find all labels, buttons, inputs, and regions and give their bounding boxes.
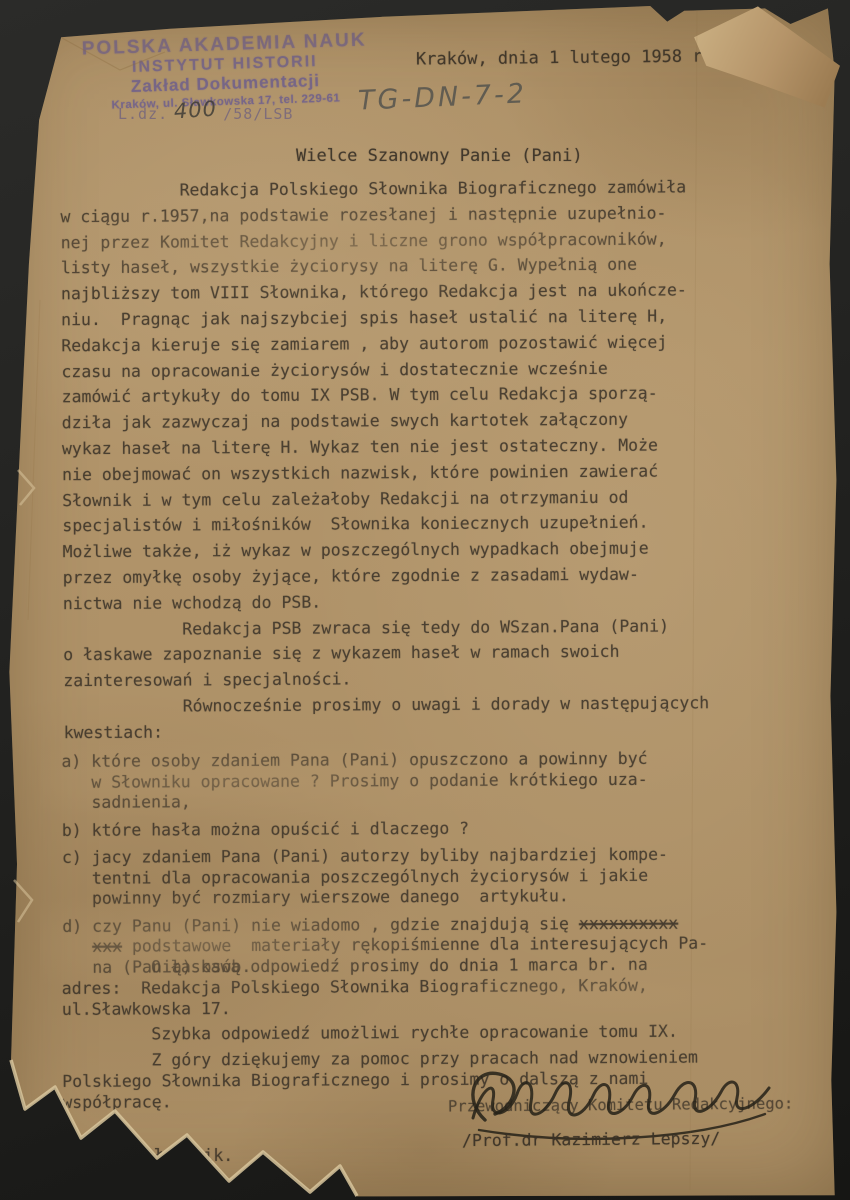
signature-name-line: /Prof.dr Kazimierz Lepszy/ xyxy=(462,1129,720,1150)
letter-body-main: Redakcja Polskiego Słownika Biograficzne… xyxy=(60,174,779,746)
typed-paragraph: Redakcja Polskiego Słownika Biograficzne… xyxy=(60,174,779,617)
typed-paragraph: a) które osoby zdaniem Pana (Pani) opusz… xyxy=(61,748,787,813)
typed-paragraph: Redakcja PSB zwraca się tedy do WSzan.Pa… xyxy=(63,612,779,694)
reference-suffix: /58/LSB xyxy=(223,105,293,123)
paper-sheet: POLSKA AKADEMIA NAUK INSTYTUT HISTORII Z… xyxy=(0,0,850,1200)
salutation: Wielce Szanowny Panie (Pani) xyxy=(296,146,583,166)
scanned-letter-page: POLSKA AKADEMIA NAUK INSTYTUT HISTORII Z… xyxy=(0,0,850,1200)
typed-paragraph: b) które hasła można opuścić i dlaczego … xyxy=(62,817,788,841)
letter-body-questions: a) które osoby zdaniem Pana (Pani) opusz… xyxy=(61,748,788,985)
handwritten-reference-number: 400 xyxy=(173,97,218,124)
letter-body-closing: O łaskawą odpowiedź prosimy do dnia 1 ma… xyxy=(62,954,789,1118)
typed-paragraph: O łaskawą odpowiedź prosimy do dnia 1 ma… xyxy=(62,954,788,1020)
typed-paragraph: Szybka odpowiedź umożliwi rychłe opracow… xyxy=(62,1021,788,1046)
typed-paragraph: Równocześnie prosimy o uwagi i dorady w … xyxy=(63,690,779,746)
reference-prefix: L.dz. xyxy=(118,105,168,123)
pencil-archive-mark: TG-DN-7-2 xyxy=(357,78,527,116)
typed-paragraph: c) jacy zdaniem Pana (Pani) autorzy byli… xyxy=(62,844,788,909)
date-line: Kraków, dnia 1 lutego 1958 r. xyxy=(416,46,713,69)
reference-number-line: L.dz.400/58/LSB xyxy=(118,100,293,124)
closing-role-line: Przewodniczący Komitetu Redakcyjnego: xyxy=(448,1094,793,1115)
